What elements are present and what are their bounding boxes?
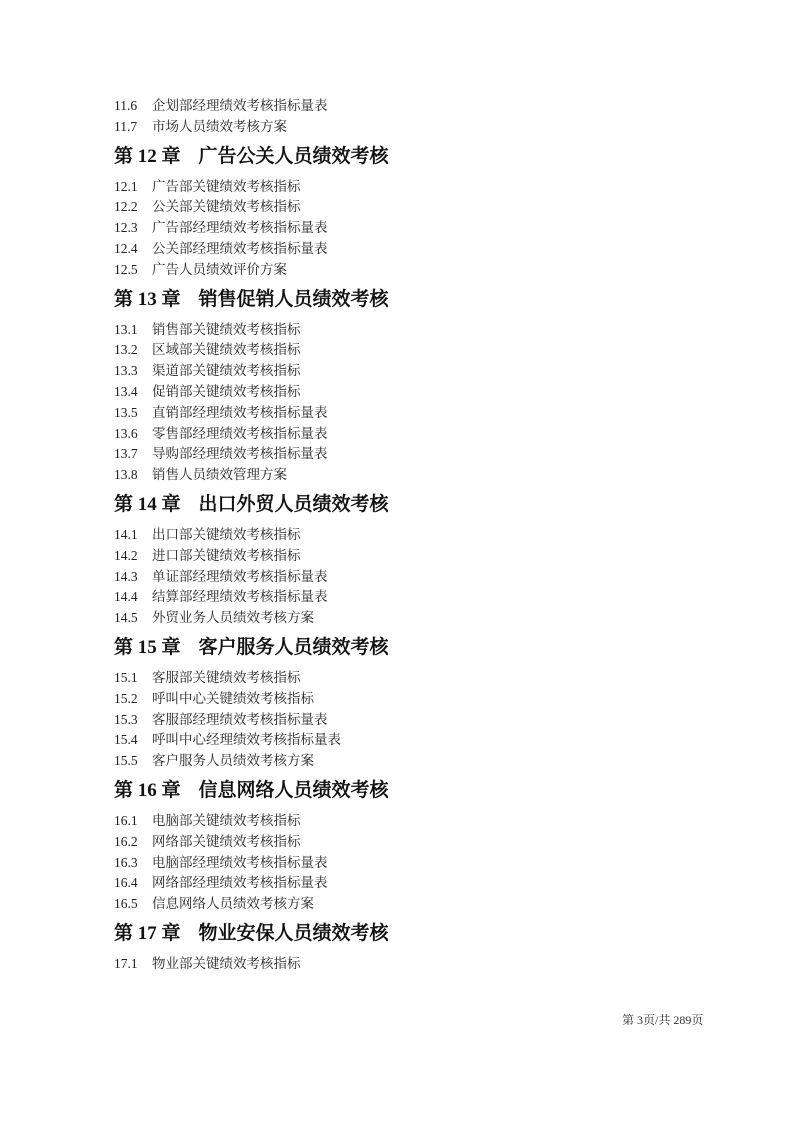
toc-entry-title: 出口部关键绩效考核指标 — [152, 527, 301, 542]
toc-entry-number: 15.2 — [114, 689, 152, 710]
toc-entry-number: 12.5 — [114, 260, 152, 281]
toc-entry-title: 直销部经理绩效考核指标量表 — [152, 405, 328, 420]
toc-entry-title: 电脑部经理绩效考核指标量表 — [152, 855, 328, 870]
toc-entry-title: 进口部关键绩效考核指标 — [152, 548, 301, 563]
toc-entry[interactable]: 15.1客服部关键绩效考核指标 — [114, 668, 714, 689]
chapter-heading[interactable]: 第 16 章信息网络人员绩效考核 — [114, 780, 714, 802]
toc-entry-title: 公关部经理绩效考核指标量表 — [152, 241, 328, 256]
toc-entry[interactable]: 16.4网络部经理绩效考核指标量表 — [114, 873, 714, 894]
toc-entry-number: 17.1 — [114, 954, 152, 975]
toc-entry-number: 15.5 — [114, 751, 152, 772]
chapter-label: 第 16 章 — [114, 780, 181, 802]
toc-entry-title: 外贸业务人员绩效考核方案 — [152, 610, 314, 625]
toc-entry[interactable]: 15.4呼叫中心经理绩效考核指标量表 — [114, 730, 714, 751]
toc-entry[interactable]: 16.2网络部关键绩效考核指标 — [114, 832, 714, 853]
toc-entry-number: 15.3 — [114, 710, 152, 731]
page-number-indicator: 第 3页/共 289页 — [622, 1011, 703, 1028]
chapter-heading[interactable]: 第 14 章出口外贸人员绩效考核 — [114, 494, 714, 516]
toc-entry[interactable]: 14.2进口部关键绩效考核指标 — [114, 546, 714, 567]
chapter-title: 广告公关人员绩效考核 — [199, 146, 389, 167]
toc-chapter-16: 第 16 章信息网络人员绩效考核 16.1电脑部关键绩效考核指标 16.2网络部… — [114, 780, 714, 915]
toc-chapter-12: 第 12 章广告公关人员绩效考核 12.1广告部关键绩效考核指标 12.2公关部… — [114, 146, 714, 281]
toc-entry[interactable]: 13.8销售人员绩效管理方案 — [114, 465, 714, 486]
toc-entry-number: 16.1 — [114, 811, 152, 832]
chapter-title: 出口外贸人员绩效考核 — [199, 494, 389, 515]
toc-entry-title: 销售人员绩效管理方案 — [152, 467, 287, 482]
toc-entry-number: 16.2 — [114, 832, 152, 853]
toc-entry-number: 13.8 — [114, 465, 152, 486]
toc-entry-title: 结算部经理绩效考核指标量表 — [152, 589, 328, 604]
toc-entry-title: 客服部关键绩效考核指标 — [152, 670, 301, 685]
toc-entry-number: 13.2 — [114, 340, 152, 361]
toc-chapter-17: 第 17 章物业安保人员绩效考核 17.1物业部关键绩效考核指标 — [114, 923, 714, 975]
toc-entry[interactable]: 14.3单证部经理绩效考核指标量表 — [114, 567, 714, 588]
toc-entry-number: 13.1 — [114, 320, 152, 341]
toc-entry[interactable]: 13.7导购部经理绩效考核指标量表 — [114, 444, 714, 465]
toc-entry-number: 13.6 — [114, 424, 152, 445]
toc-entry[interactable]: 13.6零售部经理绩效考核指标量表 — [114, 424, 714, 445]
chapter-heading[interactable]: 第 13 章销售促销人员绩效考核 — [114, 289, 714, 311]
toc-entry-title: 网络部经理绩效考核指标量表 — [152, 875, 328, 890]
toc-entry-number: 15.1 — [114, 668, 152, 689]
toc-entry-title: 广告人员绩效评价方案 — [152, 262, 287, 277]
toc-entry-title: 电脑部关键绩效考核指标 — [152, 813, 301, 828]
toc-entry[interactable]: 13.3渠道部关键绩效考核指标 — [114, 361, 714, 382]
toc-entry[interactable]: 11.7市场人员绩效考核方案 — [114, 117, 714, 138]
toc-entry-title: 广告部经理绩效考核指标量表 — [152, 220, 328, 235]
toc-entry[interactable]: 13.5直销部经理绩效考核指标量表 — [114, 403, 714, 424]
toc-entry-title: 客服部经理绩效考核指标量表 — [152, 712, 328, 727]
toc-entry[interactable]: 14.4结算部经理绩效考核指标量表 — [114, 587, 714, 608]
toc-chapter-15: 第 15 章客户服务人员绩效考核 15.1客服部关键绩效考核指标 15.2呼叫中… — [114, 637, 714, 772]
toc-entry-number: 13.5 — [114, 403, 152, 424]
toc-entry[interactable]: 16.1电脑部关键绩效考核指标 — [114, 811, 714, 832]
toc-entry-title: 市场人员绩效考核方案 — [152, 119, 287, 134]
toc-entry-number: 16.5 — [114, 894, 152, 915]
toc-entry-title: 物业部关键绩效考核指标 — [152, 956, 301, 971]
toc-entry-title: 渠道部关键绩效考核指标 — [152, 363, 301, 378]
chapter-title: 物业安保人员绩效考核 — [199, 923, 389, 944]
toc-entry-number: 12.1 — [114, 177, 152, 198]
toc-entry[interactable]: 12.3广告部经理绩效考核指标量表 — [114, 218, 714, 239]
chapter-heading[interactable]: 第 12 章广告公关人员绩效考核 — [114, 146, 714, 168]
toc-entry-title: 公关部关键绩效考核指标 — [152, 199, 301, 214]
toc-entry-title: 单证部经理绩效考核指标量表 — [152, 569, 328, 584]
toc-entry-number: 11.7 — [114, 117, 152, 138]
toc-entry[interactable]: 13.2区域部关键绩效考核指标 — [114, 340, 714, 361]
toc-entry-number: 14.2 — [114, 546, 152, 567]
toc-entry[interactable]: 15.5客户服务人员绩效考核方案 — [114, 751, 714, 772]
toc-entry-title: 企划部经理绩效考核指标量表 — [152, 98, 328, 113]
toc-entry-number: 14.3 — [114, 567, 152, 588]
chapter-label: 第 12 章 — [114, 146, 181, 168]
toc-entry-title: 呼叫中心经理绩效考核指标量表 — [152, 732, 341, 747]
toc-entry-title: 信息网络人员绩效考核方案 — [152, 896, 314, 911]
toc-entry[interactable]: 13.1销售部关键绩效考核指标 — [114, 320, 714, 341]
toc-entry[interactable]: 12.4公关部经理绩效考核指标量表 — [114, 239, 714, 260]
toc-entry[interactable]: 12.1广告部关键绩效考核指标 — [114, 177, 714, 198]
toc-entry-number: 12.2 — [114, 197, 152, 218]
chapter-title: 信息网络人员绩效考核 — [199, 780, 389, 801]
toc-entry-number: 14.4 — [114, 587, 152, 608]
toc-entry-number: 14.5 — [114, 608, 152, 629]
toc-entry-title: 导购部经理绩效考核指标量表 — [152, 446, 328, 461]
toc-entry-number: 16.3 — [114, 853, 152, 874]
toc-entry-title: 客户服务人员绩效考核方案 — [152, 753, 314, 768]
chapter-label: 第 15 章 — [114, 637, 181, 659]
toc-entry-number: 14.1 — [114, 525, 152, 546]
toc-entry-title: 销售部关键绩效考核指标 — [152, 322, 301, 337]
toc-entry[interactable]: 15.3客服部经理绩效考核指标量表 — [114, 710, 714, 731]
toc-entry-number: 12.4 — [114, 239, 152, 260]
chapter-title: 销售促销人员绩效考核 — [199, 289, 389, 310]
toc-entry-number: 15.4 — [114, 730, 152, 751]
toc-entry[interactable]: 15.2呼叫中心关键绩效考核指标 — [114, 689, 714, 710]
chapter-label: 第 14 章 — [114, 494, 181, 516]
toc-entry-number: 13.3 — [114, 361, 152, 382]
chapter-heading[interactable]: 第 17 章物业安保人员绩效考核 — [114, 923, 714, 945]
toc-entry-title: 网络部关键绩效考核指标 — [152, 834, 301, 849]
document-page: 11.6企划部经理绩效考核指标量表 11.7市场人员绩效考核方案 第 12 章广… — [0, 0, 793, 1122]
table-of-contents: 11.6企划部经理绩效考核指标量表 11.7市场人员绩效考核方案 第 12 章广… — [114, 96, 714, 975]
toc-entry[interactable]: 16.5信息网络人员绩效考核方案 — [114, 894, 714, 915]
chapter-label: 第 17 章 — [114, 923, 181, 945]
toc-entry[interactable]: 14.1出口部关键绩效考核指标 — [114, 525, 714, 546]
toc-entry[interactable]: 12.2公关部关键绩效考核指标 — [114, 197, 714, 218]
toc-entry-number: 11.6 — [114, 96, 152, 117]
toc-entry[interactable]: 16.3电脑部经理绩效考核指标量表 — [114, 853, 714, 874]
toc-entry-number: 16.4 — [114, 873, 152, 894]
toc-entry[interactable]: 12.5广告人员绩效评价方案 — [114, 260, 714, 281]
toc-entry-number: 13.7 — [114, 444, 152, 465]
toc-entry-title: 区域部关键绩效考核指标 — [152, 342, 301, 357]
chapter-label: 第 13 章 — [114, 289, 181, 311]
chapter-heading[interactable]: 第 15 章客户服务人员绩效考核 — [114, 637, 714, 659]
toc-entry-number: 12.3 — [114, 218, 152, 239]
toc-entry[interactable]: 13.4促销部关键绩效考核指标 — [114, 382, 714, 403]
toc-chapter-13: 第 13 章销售促销人员绩效考核 13.1销售部关键绩效考核指标 13.2区域部… — [114, 289, 714, 486]
toc-entry-title: 广告部关键绩效考核指标 — [152, 179, 301, 194]
toc-entry-title: 零售部经理绩效考核指标量表 — [152, 426, 328, 441]
toc-entry-number: 13.4 — [114, 382, 152, 403]
toc-entry-title: 呼叫中心关键绩效考核指标 — [152, 691, 314, 706]
toc-entry[interactable]: 14.5外贸业务人员绩效考核方案 — [114, 608, 714, 629]
chapter-title: 客户服务人员绩效考核 — [199, 637, 389, 658]
toc-section-continuation: 11.6企划部经理绩效考核指标量表 11.7市场人员绩效考核方案 — [114, 96, 714, 138]
toc-entry-title: 促销部关键绩效考核指标 — [152, 384, 301, 399]
toc-entry[interactable]: 17.1物业部关键绩效考核指标 — [114, 954, 714, 975]
toc-entry[interactable]: 11.6企划部经理绩效考核指标量表 — [114, 96, 714, 117]
toc-chapter-14: 第 14 章出口外贸人员绩效考核 14.1出口部关键绩效考核指标 14.2进口部… — [114, 494, 714, 629]
